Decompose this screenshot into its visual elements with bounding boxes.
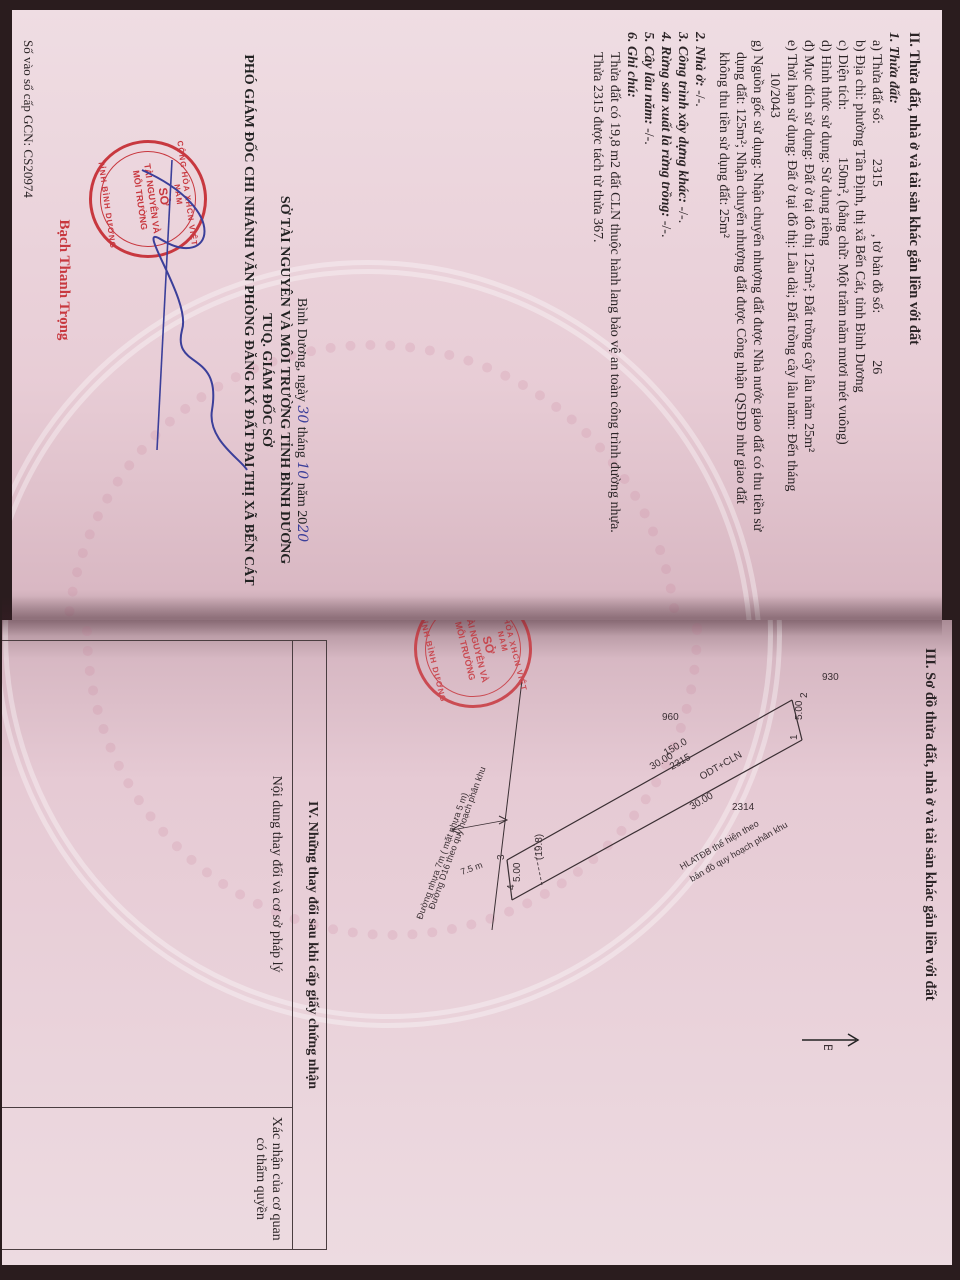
vertex-1: 1 — [789, 734, 800, 740]
map-sheet-value: 26 — [869, 360, 884, 374]
other-construction-row: 3. Công trình xây dựng khác: -/-. — [674, 32, 691, 223]
perennial-trees-label: 5. Cây lâu năm: — [641, 32, 656, 125]
map-sheet-label: , tờ bản đồ số: — [869, 234, 884, 313]
origin-value: Nhận chuyển nhượng đất được Nhà nước gia… — [750, 172, 765, 531]
land-code: ODT+CLN — [698, 750, 744, 783]
date-month: 10 — [294, 461, 310, 479]
parcel-side-3-2 — [507, 700, 792, 860]
neighbor-2314: 2314 — [732, 802, 755, 813]
parcel-number-value: 2315 — [869, 159, 884, 187]
date-day: 30 — [294, 405, 310, 423]
origin-row: g) Nguồn gốc sử dụng: Nhận chuyển nhượng… — [749, 40, 766, 531]
note-line-2: Thửa 2315 được tách từ thửa 367. — [589, 52, 606, 243]
area-value: 150m², (bằng chữ: Một trăm năm mươi mét … — [835, 157, 850, 445]
registry-number: Số vào sổ cấp GCN: CS20974 — [20, 40, 37, 198]
usage-form-value: Sử dụng riêng — [818, 167, 833, 246]
north-arrow: B — [800, 1030, 860, 1050]
usage-form-label: d) Hình thức sử dụng: — [818, 40, 833, 163]
date-year: 20 — [294, 524, 310, 542]
notes-label: 6. Ghi chú: — [623, 32, 640, 98]
perennial-trees-value: -/-. — [641, 128, 656, 145]
address-value: phường Tân Định, thị xã Bến Cát, tỉnh Bì… — [852, 103, 867, 392]
other-construction-value: -/-. — [675, 206, 690, 223]
house-value: -/-. — [692, 90, 707, 107]
vertex-2: 2 — [799, 692, 810, 698]
edge-1-2: 5.00 — [794, 700, 805, 720]
tuq-line: TUQ. GIÁM ĐỐC SỞ — [258, 160, 274, 600]
road-edge — [492, 680, 522, 930]
binding-fold — [2, 596, 942, 636]
usage-purpose-value: Đất ở tại đô thị 125m²; Đất trồng cây lâ… — [801, 164, 816, 452]
address-label: b) Địa chỉ: — [852, 40, 867, 100]
parcel-diagram: 4 3 1 2 5.00 5.00 (19.8) 30.00 30.00 ODT… — [402, 660, 842, 990]
land-heading: 1. Thửa đất: — [885, 32, 902, 104]
edge-3-4: 5.00 — [512, 862, 523, 882]
usage-term-continuation: 10/2043 — [766, 72, 783, 118]
north-label: B — [821, 1044, 835, 1050]
changes-table: IV. Những thay đổi sau khi cấp giấy chứn… — [2, 640, 327, 1250]
edge-2-3: 30.00 — [688, 790, 716, 812]
usage-term-row: e) Thời hạn sử dụng: Đất ở tại đô thị: L… — [783, 40, 800, 491]
section-iii-title: III. Sơ đồ thửa đất, nhà ở và tài sản kh… — [921, 648, 938, 1001]
planted-forest-label: 4. Rừng sản xuất là rừng trồng: — [658, 32, 673, 217]
planted-forest-value: -/-. — [658, 221, 673, 238]
usage-term-value: Đất ở tại đô thị: Lâu dài; Đất trồng cây… — [784, 160, 799, 491]
section-iv-title: IV. Những thay đổi sau khi cấp giấy chứn… — [293, 641, 327, 1250]
other-construction-label: 3. Công trình xây dựng khác: — [675, 32, 690, 203]
vertex-4: 4 — [506, 884, 517, 890]
vertex-3: 3 — [496, 854, 507, 860]
house-row: 2. Nhà ở: -/-. — [691, 32, 708, 107]
origin-label: g) Nguồn gốc sử dụng: — [750, 40, 765, 169]
section-ii-title: II. Thửa đất, nhà ở và tài sản khác gắn … — [905, 32, 922, 345]
perennial-trees-row: 5. Cây lâu năm: -/-. — [640, 32, 657, 145]
signature-date: Bình Dương, ngày 30 tháng 10 năm 2020 — [293, 220, 310, 620]
area-row: c) Diện tích: 150m², (bằng chữ: Một trăm… — [834, 40, 851, 445]
certificate-spread: II. Thửa đất, nhà ở và tài sản khác gắn … — [0, 0, 960, 1280]
usage-purpose-label: đ) Mục đích sử dụng: — [801, 40, 816, 160]
usage-term-label: e) Thời hạn sử dụng: — [784, 40, 799, 157]
parcel-number-label: a) Thửa đất số: — [869, 40, 884, 124]
origin-continuation-2: không thu tiền sử dụng đất: 25m² — [715, 52, 732, 238]
registry-number-value: CS20974 — [21, 149, 36, 197]
signer-name: Bạch Thanh Trọng — [55, 130, 72, 430]
right-page: III. Sơ đồ thửa đất, nhà ở và tài sản kh… — [2, 620, 952, 1265]
area-label: c) Diện tích: — [835, 40, 850, 110]
note-line-1: Thửa đất có 19,8 m2 đất CLN thuộc hành l… — [606, 52, 623, 533]
road-label-2: Đường D16 theo quy hoạch phân khu — [426, 765, 487, 910]
address-row: b) Địa chỉ: phường Tân Định, thị xã Bến … — [851, 40, 868, 392]
column-confirmation: Xác nhận của cơ quan có thẩm quyền — [2, 1108, 293, 1250]
origin-continuation: dụng đất: 125m²; Nhận chuyển nhượng đất … — [732, 52, 749, 504]
handwritten-signature — [122, 150, 252, 480]
issuing-authority: SỞ TÀI NGUYÊN VÀ MÔI TRƯỜNG TỈNH BÌNH DƯ… — [276, 160, 292, 600]
usage-form-row: d) Hình thức sử dụng: Sử dụng riêng — [817, 40, 834, 246]
usage-purpose-row: đ) Mục đích sử dụng: Đất ở tại đô thị 12… — [800, 40, 817, 452]
house-label: 2. Nhà ở: — [692, 32, 707, 87]
neighbor-960: 960 — [662, 712, 679, 723]
corridor-area: (19.8) — [534, 834, 545, 860]
column-changes: Nội dung thay đổi và cơ sở pháp lý — [2, 641, 293, 1108]
parcel-number-row: a) Thửa đất số: 2315 , tờ bản đồ số: 26 — [868, 40, 885, 374]
planted-forest-row: 4. Rừng sản xuất là rừng trồng: -/-. — [657, 32, 674, 237]
setback-label: 7.5 m — [459, 860, 484, 877]
left-page: II. Thửa đất, nhà ở và tài sản khác gắn … — [12, 10, 942, 620]
neighbor-930: 930 — [822, 672, 839, 683]
